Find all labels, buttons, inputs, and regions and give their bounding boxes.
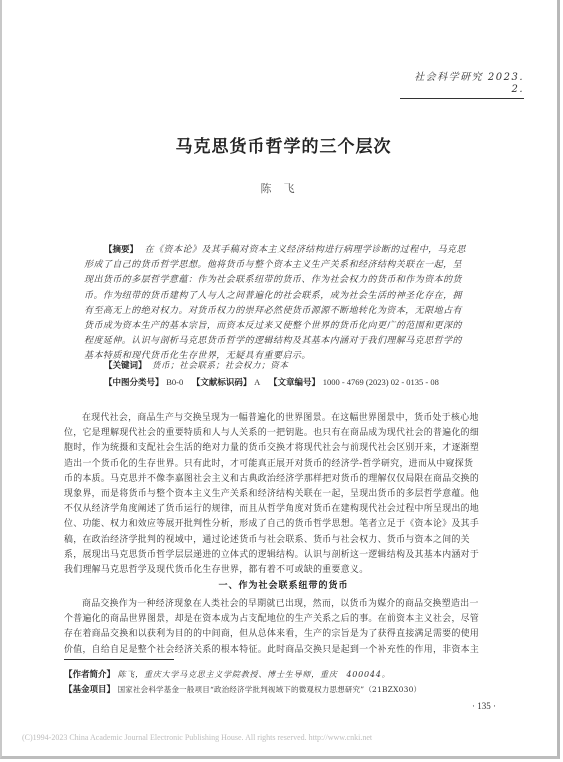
fund-label: 【基金项目】 (64, 685, 115, 695)
copyright-notice: (C)1994-2023 China Academic Journal Elec… (22, 733, 372, 742)
abstract-line: 货币成为资本生产的基本宗旨，而资本反过来又使整个世界的货币化向更广的范围和更深的 (84, 319, 482, 334)
abstract-line: 有至高无上的绝对权力。对货币权力的崇拜必然使货币源源不断地转化为资本，无限地占有 (84, 304, 482, 319)
abstract-line: 币。作为纽带的货币建构了人与人之间普遍化的社会联系，成为社会生活的神圣化存在，拥 (84, 289, 482, 304)
abstract-line: 现出货币的多层哲学意蕴：作为社会联系纽带的货币、作为社会权力的货币和作为资本的货 (84, 273, 482, 288)
clc-value: B0-0 (166, 377, 183, 387)
abstract-line: 程度延伸。认识与剖析马克思货币哲学的逻辑结构及其基本内涵对于我们理解马克思哲学的 (84, 334, 482, 349)
abstract: 【摘要】 在《资本论》及其手稿对资本主义经济结构进行病理学诊断的过程中，马克思 … (84, 243, 482, 365)
section-1-paragraph: 商品交换作为一种经济现象在人类社会的早期就已出现，然而，以货币为媒介的商品交换塑… (64, 597, 502, 658)
keywords-label: 【关键词】 (104, 361, 147, 371)
abstract-line: 【摘要】 在《资本论》及其手稿对资本主义经济结构进行病理学诊断的过程中，马克思 (84, 243, 482, 258)
fund-value: 国家社会科学基金一般项目“政治经济学批判视域下的微观权力思想研究”（21BZX0… (118, 685, 422, 694)
keywords-value: 货币；社会联系；社会权力；资本 (152, 361, 289, 371)
article-title: 马克思货币哲学的三个层次 (2, 132, 563, 157)
section-heading: 一、作为社会联系纽带的货币 (2, 578, 563, 591)
footnote-divider (64, 659, 174, 660)
author-bio-footnote: 【作者简介】 陈飞，重庆大学马克思主义学院教授、博士生导师，重庆 400044。 (64, 669, 391, 681)
running-head: 社会科学研究 2023. 2. (400, 72, 524, 99)
article-no-label: 【文章编号】 (269, 378, 320, 388)
page-number: · 135 · (472, 701, 496, 711)
author-bio-label: 【作者简介】 (64, 670, 115, 680)
article-no-value: 1000 - 4769 (2023) 02 - 0135 - 08 (323, 377, 439, 387)
abstract-line: 形成了自己的货币哲学思想。他将货币与整个资本主义生产关系和经济结构关联在一起，呈 (84, 258, 482, 273)
keywords: 【关键词】 货币；社会联系；社会权力；资本 (104, 359, 288, 373)
clc-label: 【中图分类号】 (104, 378, 164, 388)
fund-footnote: 【基金项目】 国家社会科学基金一般项目“政治经济学批判视域下的微观权力思想研究”… (64, 684, 421, 696)
journal-page: 社会科学研究 2023. 2. 马克思货币哲学的三个层次 陈飞 【摘要】 在《资… (0, 0, 560, 759)
doc-code-value: A (254, 377, 260, 387)
classification-line: 【中图分类号】 B0-0 【文献标识码】 A 【文章编号】 1000 - 476… (104, 375, 445, 390)
doc-code-label: 【文献标识码】 (192, 378, 252, 388)
intro-paragraph: 在现代社会，商品生产与交换呈现为一幅普遍化的世界图景。在这幅世界图景中，货币处于… (64, 411, 502, 578)
abstract-label: 【摘要】 (104, 245, 138, 255)
author-bio-value: 陈飞，重庆大学马克思主义学院教授、博士生导师，重庆 400044。 (118, 670, 391, 679)
article-author: 陈飞 (2, 180, 563, 196)
